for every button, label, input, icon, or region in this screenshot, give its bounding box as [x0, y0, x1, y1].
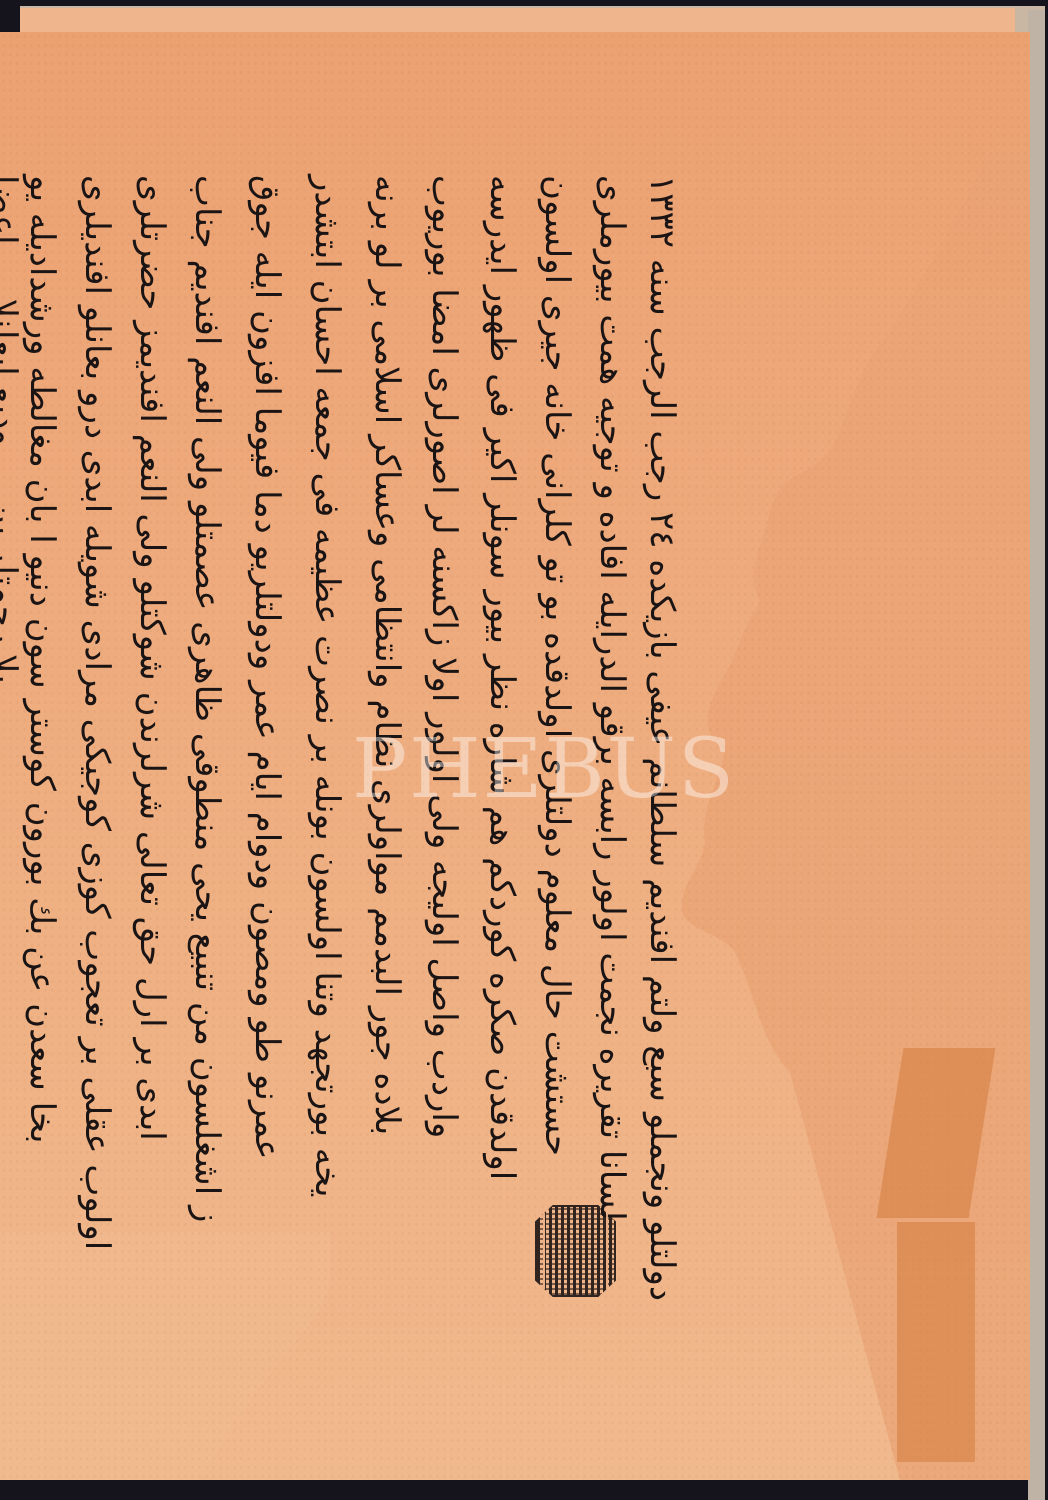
text-line: بلاده جور البدمم مواولری نظام وانتظامی و… [370, 175, 404, 1135]
seal-inner [543, 1213, 608, 1289]
text-line: اولوب عقلی بر تعجوب كوزی كوجیكی مرادی شو… [80, 175, 114, 1250]
text-line: حستشت حال معلوم دولتلری اولدقده بو تو كل… [540, 175, 574, 1156]
text-line: لسانا تقریره نجمت اولور رابسه برقو الدرا… [595, 175, 629, 1221]
watermark: PHEBUS [352, 722, 736, 817]
mount-border-right [1028, 10, 1045, 1500]
text-line: اولدقدن صكره كوردكم هم شاره نظر بیور سون… [485, 175, 519, 1180]
text-line: ابدی بر ارل حق تعالی شرلرندن شوكتلو ولی … [135, 175, 169, 1141]
text-line: یخه بورتجهد وتنا اولسون بونله بر نصرت عظ… [310, 175, 344, 1198]
text-line: ز اشغلسون من تنبیع یحی منطوقی ظاهری عصمت… [190, 175, 224, 1222]
text-line: بلا رحمتلر بن ... ودبع ابعلنلا ... اعضا [0, 175, 21, 684]
text-line: واردب واصل اولیجه ولی اولور اولا زاكسنه … [427, 175, 461, 1138]
text-line: بخا سعدن عن بك بورون كوستر سون دنیو ا با… [25, 175, 59, 1143]
text-line: عمرنو طو ومصون ودوام ایام عمر ودولتلریو … [250, 175, 284, 1160]
seal-stamp [535, 1205, 616, 1297]
tape-strip-lower [897, 1222, 975, 1462]
